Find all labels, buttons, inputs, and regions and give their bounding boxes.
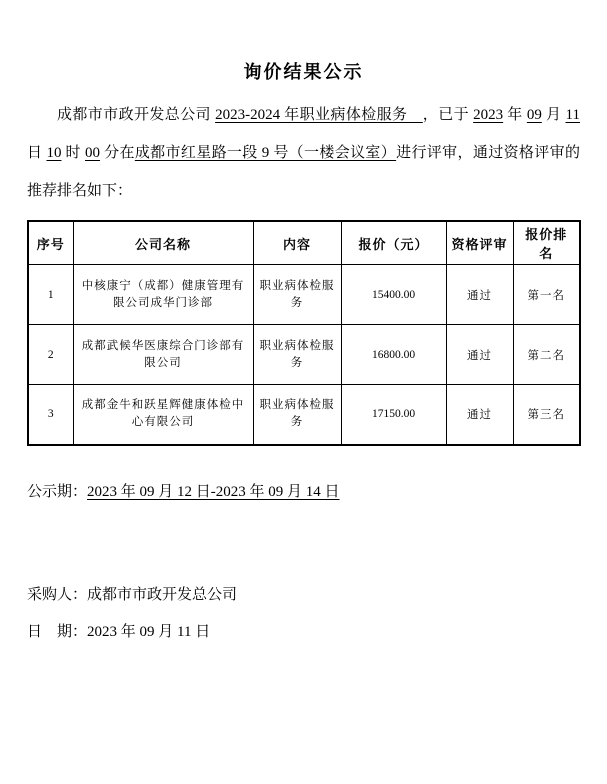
review-minute: 00 bbox=[85, 145, 100, 161]
cell-no: 2 bbox=[28, 325, 73, 385]
cell-rank: 第一名 bbox=[513, 265, 580, 325]
review-year: 2023 bbox=[473, 107, 503, 123]
results-table: 序号 公司名称 内容 报价（元） 资格评审 报价排名 1 中核康宁（成都）健康管… bbox=[27, 220, 581, 446]
intro-sep-year: 年 bbox=[503, 107, 527, 123]
intro-sep-day: 日 bbox=[27, 145, 46, 161]
cell-content: 职业病体检服务 bbox=[253, 325, 341, 385]
cell-no: 3 bbox=[28, 385, 73, 445]
intro-mid1: ，已于 bbox=[423, 107, 473, 123]
intro-lead: 成都市市政开发总公司 bbox=[57, 107, 215, 123]
publicity-period-line: 公示期：2023 年 09 月 12 日-2023 年 09 月 14 日 bbox=[27, 480, 580, 501]
col-header-price: 报价（元） bbox=[341, 221, 446, 265]
cell-review: 通过 bbox=[446, 385, 513, 445]
review-month: 09 bbox=[527, 107, 542, 123]
document-page: 询价结果公示 成都市市政开发总公司 2023-2024 年职业病体检服务 ，已于… bbox=[0, 58, 607, 641]
cell-review: 通过 bbox=[446, 325, 513, 385]
table-header-row: 序号 公司名称 内容 报价（元） 资格评审 报价排名 bbox=[28, 221, 580, 265]
cell-price: 16800.00 bbox=[341, 325, 446, 385]
project-name-underlined: 2023-2024 年职业病体检服务 bbox=[215, 107, 423, 123]
review-location-underlined: 成都市红星路一段 9 号（一楼会议室） bbox=[135, 145, 396, 161]
table-row: 3 成都金牛和跃星辉健康体检中心有限公司 职业病体检服务 17150.00 通过… bbox=[28, 385, 580, 445]
table-row: 2 成都武候华医康综合门诊部有限公司 职业病体检服务 16800.00 通过 第… bbox=[28, 325, 580, 385]
purchaser-name: 成都市市政开发总公司 bbox=[87, 587, 237, 603]
review-day: 11 bbox=[566, 107, 580, 123]
cell-rank: 第二名 bbox=[513, 325, 580, 385]
date-value: 2023 年 09 月 11 日 bbox=[87, 624, 210, 640]
purchaser-line: 采购人：成都市市政开发总公司 bbox=[27, 583, 580, 604]
intro-paragraph: 成都市市政开发总公司 2023-2024 年职业病体检服务 ，已于 2023 年… bbox=[27, 96, 580, 210]
page-title: 询价结果公示 bbox=[27, 58, 580, 84]
date-label: 日 期： bbox=[27, 624, 87, 640]
cell-price: 17150.00 bbox=[341, 385, 446, 445]
cell-review: 通过 bbox=[446, 265, 513, 325]
cell-company: 成都金牛和跃星辉健康体检中心有限公司 bbox=[73, 385, 253, 445]
cell-company: 成都武候华医康综合门诊部有限公司 bbox=[73, 325, 253, 385]
intro-sep-hour: 时 bbox=[61, 145, 85, 161]
cell-no: 1 bbox=[28, 265, 73, 325]
date-line: 日 期：2023 年 09 月 11 日 bbox=[27, 620, 580, 641]
publicity-period-underlined: 2023 年 09 月 12 日-2023 年 09 月 14 日 bbox=[87, 484, 340, 500]
cell-content: 职业病体检服务 bbox=[253, 385, 341, 445]
cell-price: 15400.00 bbox=[341, 265, 446, 325]
col-header-company: 公司名称 bbox=[73, 221, 253, 265]
publicity-label: 公示期： bbox=[27, 484, 87, 500]
cell-rank: 第三名 bbox=[513, 385, 580, 445]
intro-sep-month: 月 bbox=[542, 107, 566, 123]
purchaser-label: 采购人： bbox=[27, 587, 87, 603]
col-header-rank: 报价排名 bbox=[513, 221, 580, 265]
table-row: 1 中核康宁（成都）健康管理有限公司成华门诊部 职业病体检服务 15400.00… bbox=[28, 265, 580, 325]
col-header-content: 内容 bbox=[253, 221, 341, 265]
cell-company: 中核康宁（成都）健康管理有限公司成华门诊部 bbox=[73, 265, 253, 325]
review-hour: 10 bbox=[46, 145, 61, 161]
cell-content: 职业病体检服务 bbox=[253, 265, 341, 325]
intro-sep-minute: 分在 bbox=[100, 145, 135, 161]
col-header-no: 序号 bbox=[28, 221, 73, 265]
col-header-review: 资格评审 bbox=[446, 221, 513, 265]
